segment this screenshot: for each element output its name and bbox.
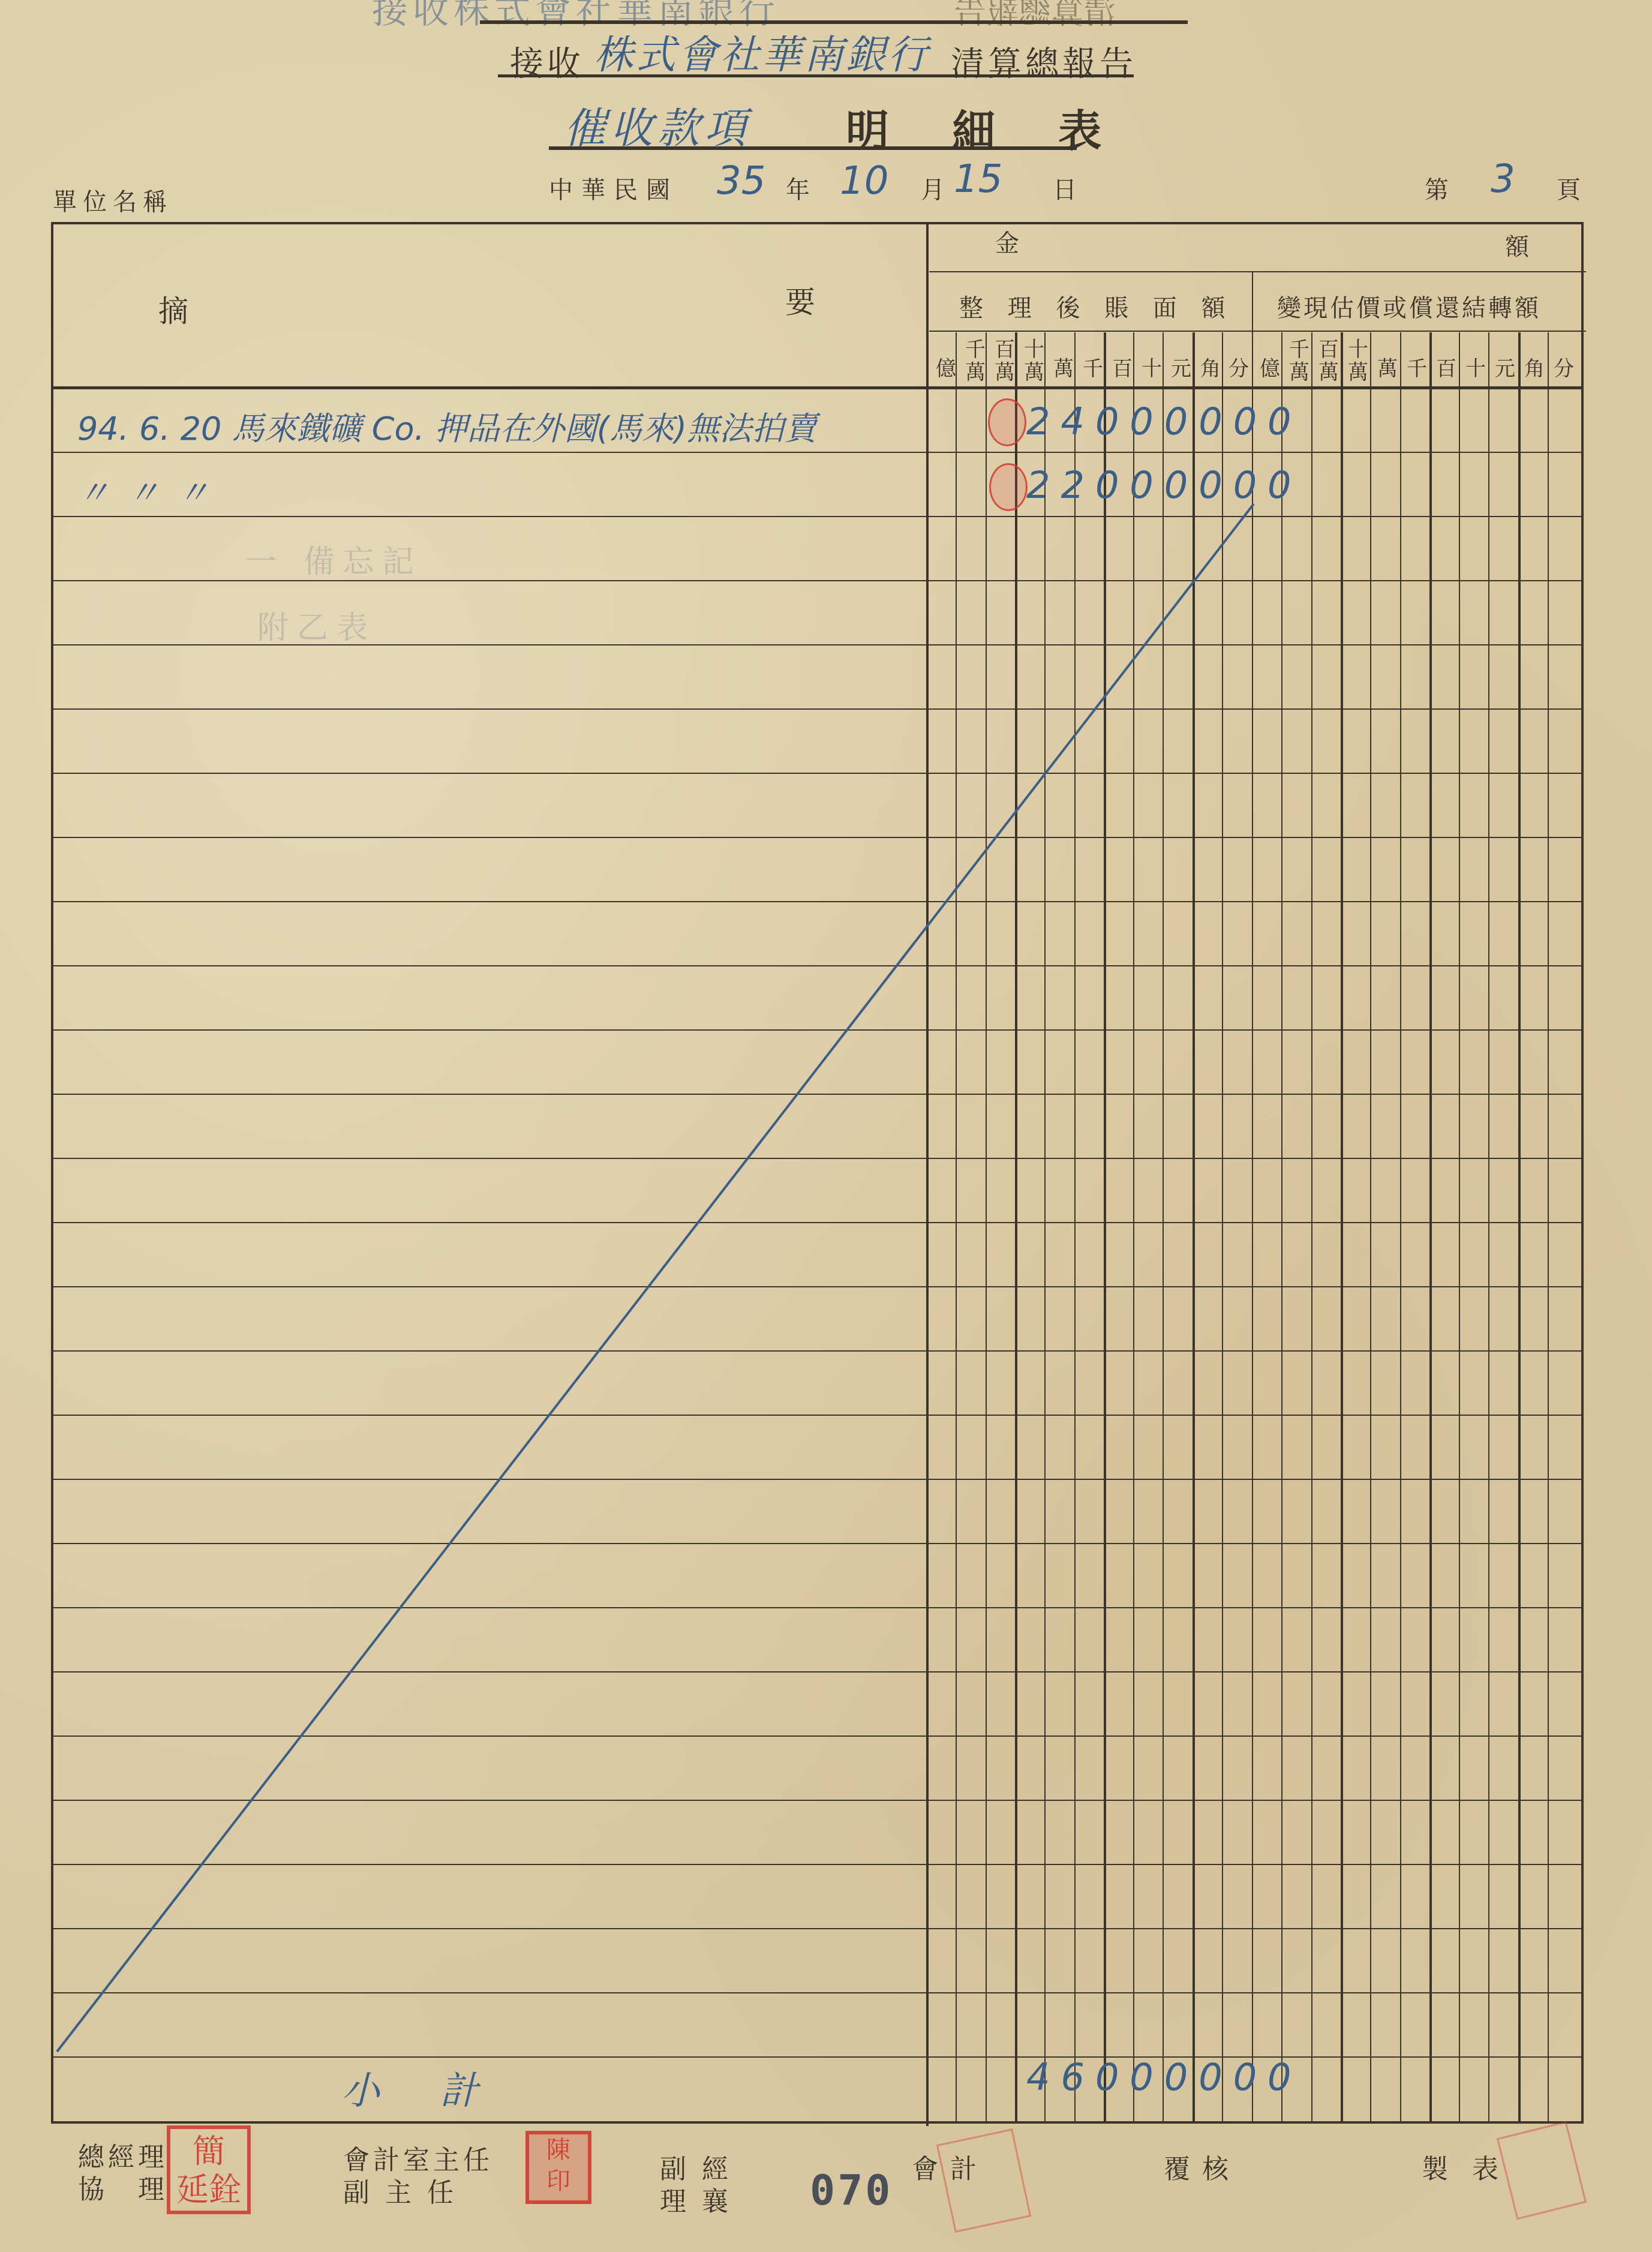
label-line1: 副 經	[660, 2154, 732, 2186]
signatory-accounting: 會計	[912, 2154, 989, 2186]
label-line2: 協 理	[78, 2174, 168, 2206]
general-manager-seal-icon: 簡延銓	[167, 2125, 251, 2214]
stamp-number: 070	[810, 2166, 893, 2215]
diagonal-cancel-line	[0, 0, 1652, 2252]
label-line1: 總經理	[78, 2142, 168, 2174]
signatory-review: 覆核	[1164, 2154, 1240, 2186]
label-line1: 會計室主任	[343, 2145, 493, 2177]
signatory-accounting-chief: 會計室主任 副 主 任	[343, 2145, 493, 2209]
signatory-deputy-manager: 副 經 理 襄	[660, 2154, 732, 2218]
signatory-general-manager: 總經理 協 理	[78, 2142, 168, 2206]
label-line2: 理 襄	[660, 2186, 732, 2218]
label-line2: 副 主 任	[343, 2177, 493, 2209]
accounting-chief-seal-icon: 陳印	[525, 2131, 591, 2204]
